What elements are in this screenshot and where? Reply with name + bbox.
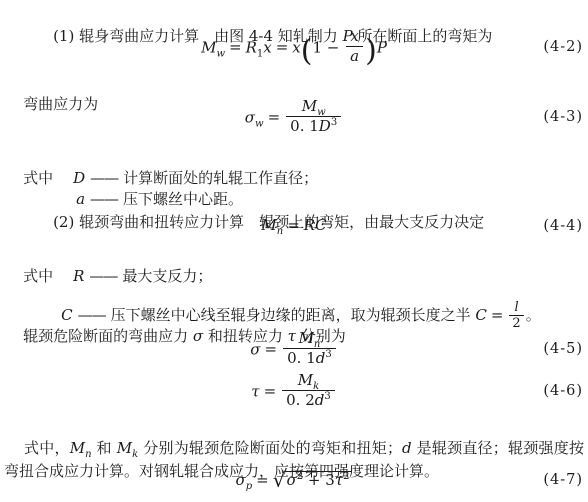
- fraction-numerator: Mk: [282, 372, 335, 390]
- para-5-text-1: 式中，: [24, 439, 70, 457]
- math-fraction-Mk-d3: Mk0. 2d3: [282, 372, 335, 409]
- math-exponent: 3: [324, 391, 330, 402]
- math-one-minus: 1 −: [312, 38, 344, 56]
- math-fraction-x-a: xa: [346, 28, 363, 65]
- math-coefficient: 0. 1: [290, 117, 319, 135]
- var-M: M: [117, 439, 132, 457]
- math-exponent: 3: [325, 349, 331, 360]
- math-M: M: [302, 97, 317, 115]
- math-M: M: [299, 329, 314, 347]
- equals-sign: =: [491, 306, 504, 324]
- math-M: M: [261, 216, 276, 234]
- math-x: x: [292, 38, 300, 56]
- fraction-denominator: 0. 1d3: [283, 348, 336, 367]
- fraction-denominator: 0. 2d3: [282, 390, 335, 409]
- left-paren: (: [301, 33, 313, 68]
- math-R: R: [246, 38, 257, 56]
- equation-label-4-5: (4-5): [543, 341, 583, 356]
- fraction-denominator: 2: [509, 315, 523, 330]
- equation-4-4: Mn=RC (4-4): [0, 218, 588, 233]
- math-plus-3: + 3: [303, 471, 335, 489]
- equals-sign: =: [287, 216, 300, 234]
- math-M-sub: w: [216, 48, 225, 59]
- math-sigma: σ: [236, 471, 246, 489]
- equation-4-2: Mw=R1x=x(1 − xa)P (4-2): [0, 28, 588, 65]
- equals-sign: =: [264, 382, 277, 400]
- radicand: σ2 + 3τ2: [285, 471, 353, 488]
- equation-label-4-2: (4-2): [543, 39, 583, 54]
- math-sigma-sub: w: [255, 118, 264, 129]
- var-M: M: [70, 439, 85, 457]
- equation-4-3: σw=Mw0. 1D3 (4-3): [0, 98, 588, 135]
- math-D: D: [319, 117, 331, 135]
- math-fraction-Mn-d3: Mn0. 1d3: [283, 330, 336, 367]
- equation-4-7: σp=√σ2 + 3τ2 (4-7): [0, 470, 588, 490]
- math-x: x: [263, 38, 271, 56]
- math-sigma-sub: p: [246, 481, 252, 492]
- var-d: d: [402, 439, 412, 457]
- fraction-numerator: Mw: [286, 98, 341, 116]
- math-fraction-Mw-D3: Mw0. 1D3: [286, 98, 341, 135]
- equation-4-6: τ=Mk0. 2d3 (4-6): [0, 372, 588, 409]
- para-5-text-2: 和: [92, 439, 117, 457]
- math-coefficient: 0. 2: [286, 391, 315, 409]
- math-C: C: [315, 216, 326, 234]
- math-d: d: [316, 349, 326, 367]
- math-sigma: σ: [287, 471, 297, 489]
- equation-label-4-7: (4-7): [543, 473, 583, 488]
- equals-sign: =: [256, 471, 269, 489]
- fraction-numerator: x: [346, 28, 363, 46]
- math-fraction-l-2: l2: [509, 301, 523, 330]
- equation-label-4-3: (4-3): [543, 109, 583, 124]
- fraction-numerator: l: [509, 301, 523, 315]
- right-paren: ): [365, 33, 377, 68]
- document-page: (1) 辊身弯曲应力计算 由图 4-4 知轧制力 P 所在断面上的弯矩为 Mw=…: [0, 0, 588, 502]
- math-C: C: [475, 306, 486, 324]
- math-sigma: σ: [250, 340, 260, 358]
- equals-sign: =: [276, 38, 289, 56]
- math-P: P: [377, 38, 387, 56]
- math-sigma: σ: [245, 108, 255, 126]
- math-R: R: [304, 216, 315, 234]
- fraction-denominator: a: [346, 46, 363, 65]
- fraction-denominator: 0. 1D3: [286, 116, 341, 135]
- equation-label-4-4: (4-4): [543, 218, 583, 233]
- fraction-numerator: Mn: [283, 330, 336, 348]
- equals-sign: =: [229, 38, 242, 56]
- equals-sign: =: [268, 108, 281, 126]
- math-M-sub: n: [277, 226, 283, 237]
- math-coefficient: 0. 1: [287, 349, 316, 367]
- para-5-text-3: 分别为辊颈危险断面处的弯矩和扭矩；: [138, 439, 402, 457]
- math-tau: τ: [335, 471, 343, 489]
- math-tau: τ: [251, 382, 259, 400]
- equation-label-4-6: (4-6): [543, 383, 583, 398]
- math-M: M: [298, 371, 313, 389]
- math-exponent: 3: [331, 117, 337, 128]
- math-exponent: 2: [343, 471, 349, 482]
- math-M: M: [201, 38, 216, 56]
- equals-sign: =: [265, 340, 278, 358]
- math-d: d: [315, 391, 325, 409]
- equation-4-5: σ=Mn0. 1d3 (4-5): [0, 330, 588, 367]
- period: 。: [526, 306, 541, 324]
- where-lead: 式中: [23, 169, 53, 187]
